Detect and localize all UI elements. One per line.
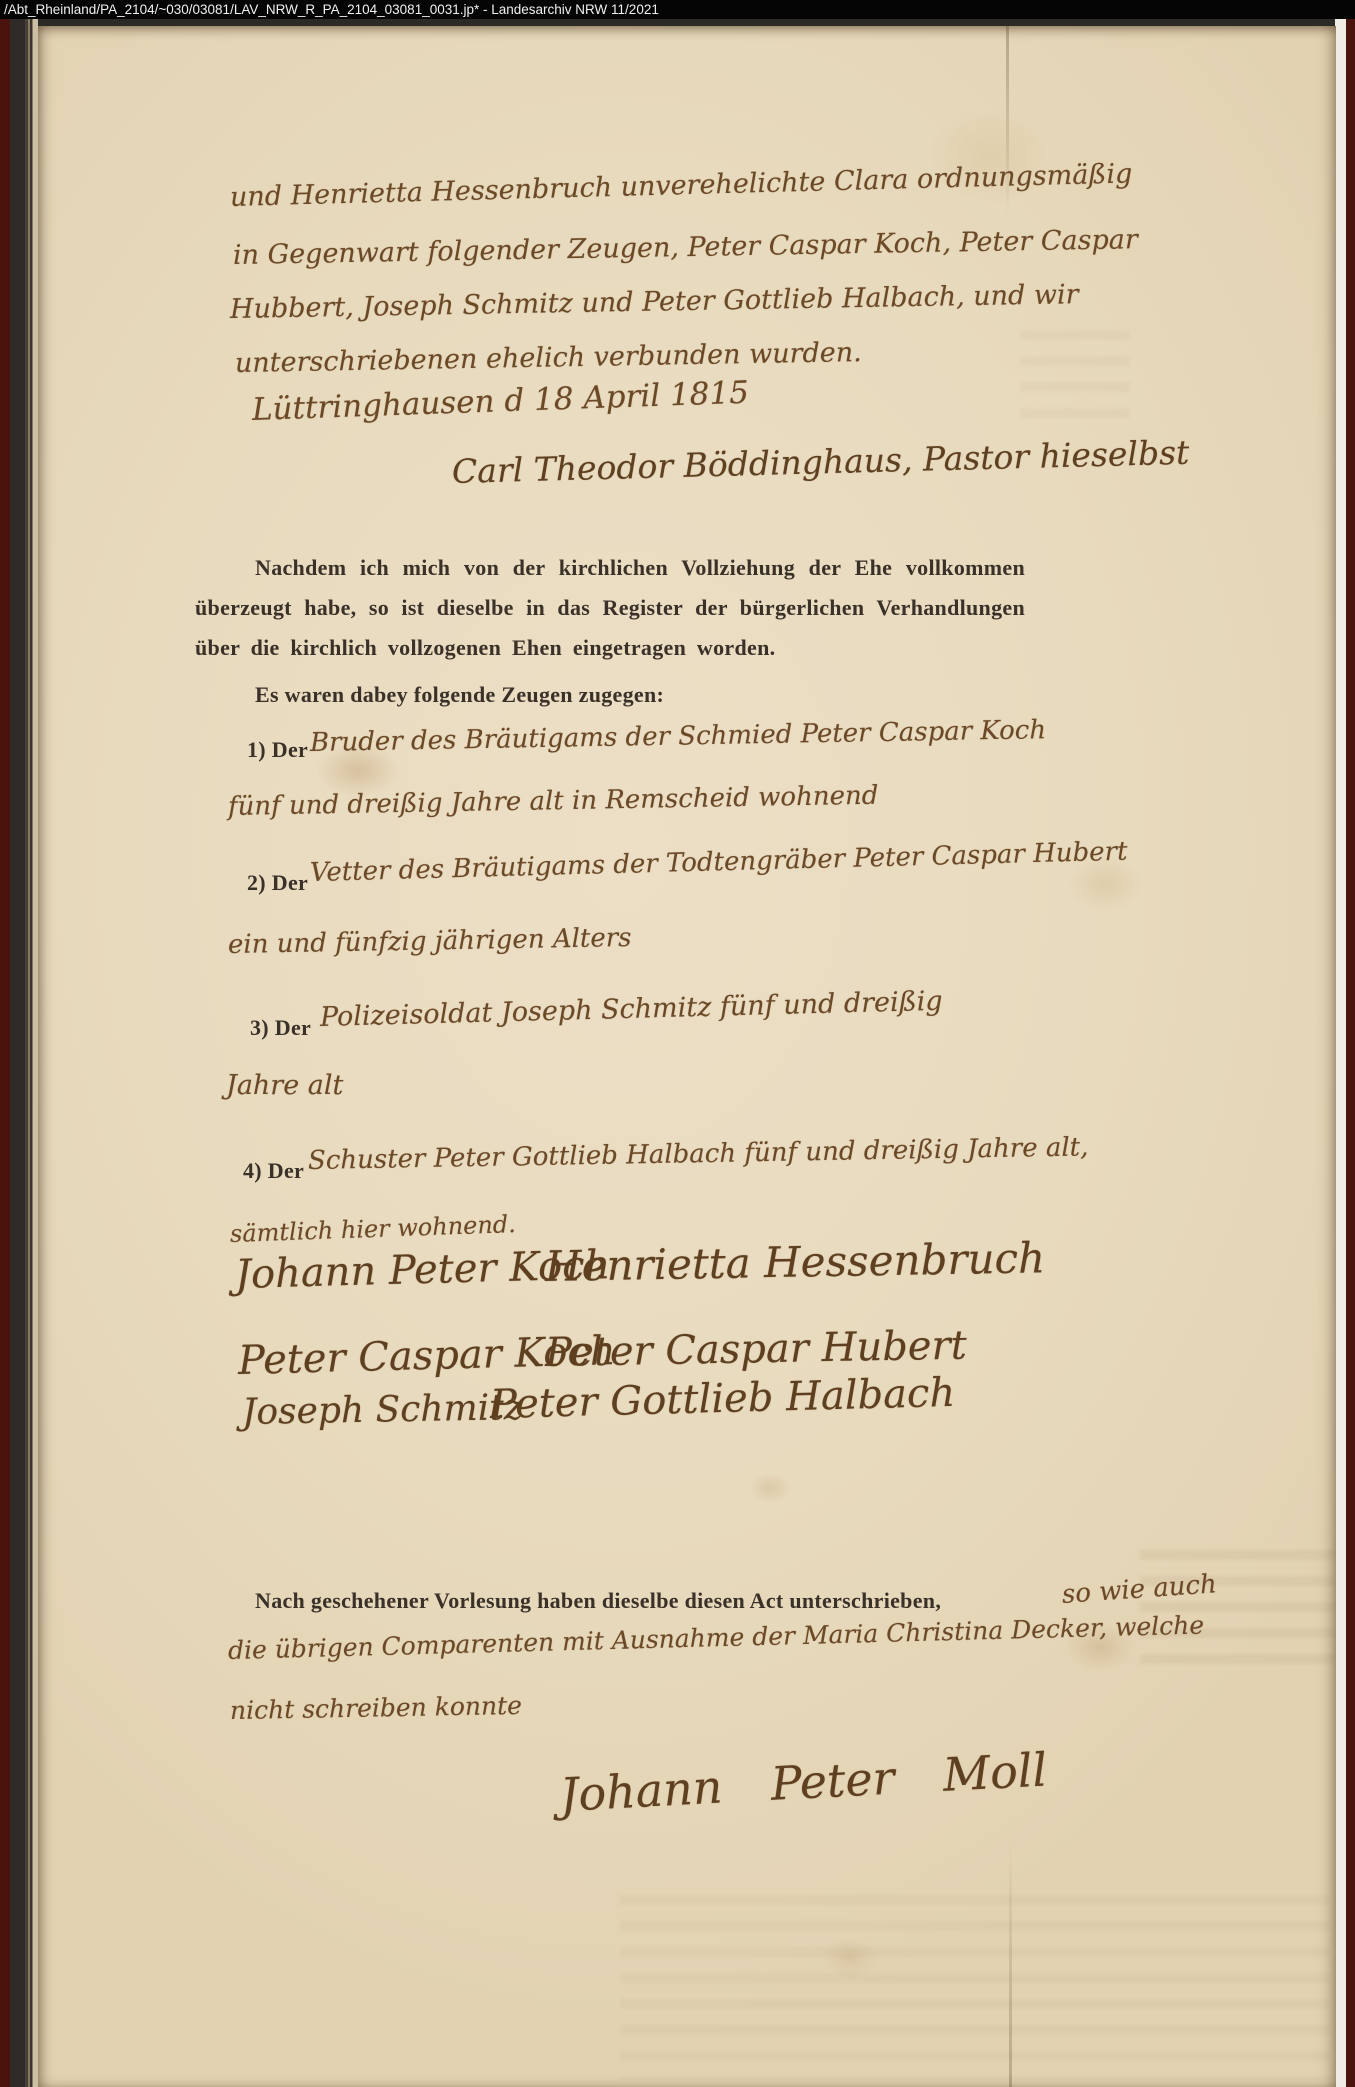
- scan-margin-right: [1335, 19, 1346, 2087]
- signature-peter-caspar-hubert: Peter Caspar Hubert: [545, 1323, 968, 1376]
- window-title: /Abt_Rheinland/PA_2104/~030/03081/LAV_NR…: [0, 2, 659, 17]
- witness-1-prefix: Der: [272, 737, 308, 762]
- witness-1-number: 1) Der: [247, 737, 308, 763]
- witness-3-num: 3): [250, 1015, 269, 1040]
- closing-line-3: nicht schreiben konnte: [230, 1691, 522, 1725]
- witness-4-prefix: Der: [268, 1158, 304, 1183]
- page-stack-edge-left: [10, 19, 38, 2087]
- witness-2-prefix: Der: [272, 870, 308, 895]
- witness-3-line-2: Jahre alt: [226, 1070, 343, 1101]
- binding-edge-left: [0, 19, 10, 2087]
- witness-3-number: 3) Der: [250, 1015, 311, 1041]
- witness-2-num: 2): [247, 870, 266, 895]
- witness-3-prefix: Der: [275, 1015, 311, 1040]
- ink-bleedthrough-top: [1020, 330, 1130, 420]
- signature-joseph-schmitz: Joseph Schmitz: [242, 1387, 523, 1433]
- ink-bleedthrough-bottom: [620, 1895, 1330, 2080]
- witness-2-number: 2) Der: [247, 870, 308, 896]
- window-titlebar[interactable]: /Abt_Rheinland/PA_2104/~030/03081/LAV_NR…: [0, 0, 1355, 19]
- archive-viewer-window: /Abt_Rheinland/PA_2104/~030/03081/LAV_NR…: [0, 0, 1355, 2087]
- ink-bleedthrough-right: [1140, 1550, 1335, 1665]
- witness-1-num: 1): [247, 737, 266, 762]
- closing-printed-line: Nach geschehener Vorlesung haben dieselb…: [255, 1588, 941, 1614]
- signature-henrietta-hessenbruch: Henrietta Hessenbruch: [545, 1233, 1046, 1291]
- witness-heading: Es waren dabey folgende Zeugen zugegen:: [255, 682, 664, 708]
- binding-edge-right: [1346, 19, 1355, 2087]
- printed-registration-paragraph: Nachdem ich mich von der kirchlichen Vol…: [195, 548, 1025, 668]
- witness-4-number: 4) Der: [243, 1158, 304, 1184]
- witness-4-num: 4): [243, 1158, 262, 1183]
